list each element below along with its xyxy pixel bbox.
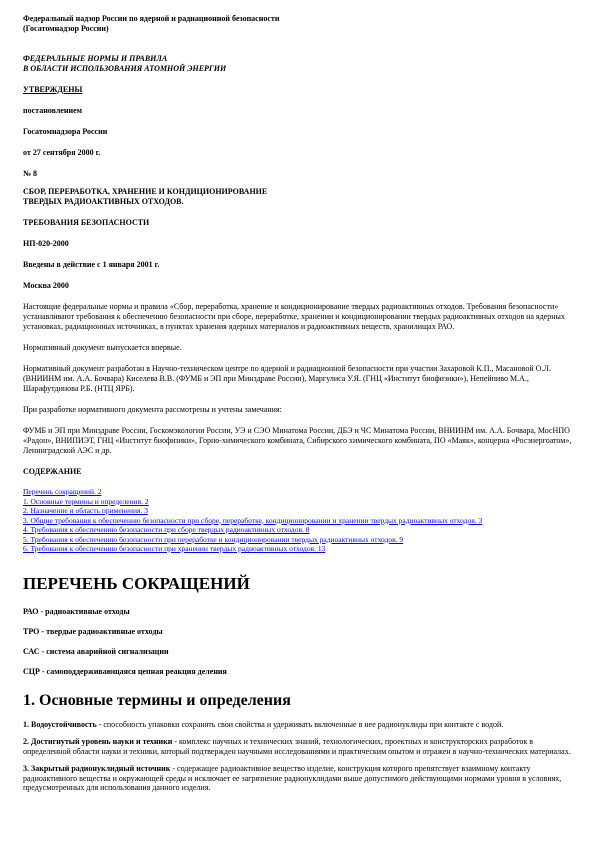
title-line2: ТВЕРДЫХ РАДИОАКТИВНЫХ ОТХОДОВ. (23, 197, 184, 206)
intro-paragraph: Нормативный документ разработан в Научно… (23, 364, 573, 394)
intro-paragraph: Нормативный документ выпускается впервые… (23, 343, 573, 353)
approved-label: УТВЕРЖДЕНЫ (23, 85, 82, 94)
toc-link-section1[interactable]: 1. Основные термины и определения. 2 (23, 497, 573, 507)
intro-paragraph: Настоящие федеральные нормы и правила «С… (23, 302, 573, 332)
issuing-organization: Федеральный надзор России по ядерной и р… (23, 14, 573, 34)
approved-label-line: УТВЕРЖДЕНЫ (23, 85, 573, 95)
document-type: ФЕДЕРАЛЬНЫЕ НОРМЫ И ПРАВИЛА В ОБЛАСТИ ИС… (23, 54, 573, 74)
toc-link-section3[interactable]: 3. Общие требования к обеспечению безопа… (23, 516, 573, 526)
city-year-line: Москва 2000 (23, 281, 573, 291)
org-name-line1: Федеральный надзор России по ядерной и р… (23, 14, 279, 23)
abbreviation-item-rao: РАО - радиоактивные отходы (23, 607, 573, 617)
approved-number-line: № 8 (23, 169, 573, 179)
definition-item: 3. Закрытый радионуклидный источник - со… (23, 764, 573, 793)
title-subline: ТРЕБОВАНИЯ БЕЗОПАСНОСТИ (23, 218, 573, 228)
approved-org-line: Госатомнадзора России (23, 127, 573, 137)
toc-link-section2[interactable]: 2. Назначение и область применения. 3 (23, 506, 573, 516)
definition-term: 2. Достигнутый уровень науки и техники (23, 737, 172, 746)
title-line1: СБОР, ПЕРЕРАБОТКА, ХРАНЕНИЕ И КОНДИЦИОНИ… (23, 187, 267, 196)
abbreviation-item-scr: СЦР - самоподдерживающаяся цепная реакци… (23, 667, 573, 677)
document-title: СБОР, ПЕРЕРАБОТКА, ХРАНЕНИЕ И КОНДИЦИОНИ… (23, 187, 573, 207)
toc-link-abbreviations[interactable]: Перечень сокращений. 2 (23, 487, 573, 497)
toc-link-section5[interactable]: 5. Требования к обеспечению безопасности… (23, 535, 573, 545)
toc-link-section4[interactable]: 4. Требования к обеспечению безопасности… (23, 525, 573, 535)
table-of-contents: Перечень сокращений. 2 1. Основные терми… (23, 487, 573, 554)
toc-link-section6[interactable]: 6. Требования к обеспечению безопасности… (23, 544, 573, 554)
abbreviation-item-tro: ТРО - твердые радиоактивные отходы (23, 627, 573, 637)
definition-text: - способность упаковки сохранять свои св… (97, 720, 504, 729)
effective-date-line: Введены в действие с 1 января 2001 г. (23, 260, 573, 270)
contents-heading: СОДЕРЖАНИЕ (23, 467, 573, 477)
definition-item: 2. Достигнутый уровень науки и техники -… (23, 737, 573, 756)
doc-type-line1: ФЕДЕРАЛЬНЫЕ НОРМЫ И ПРАВИЛА (23, 54, 167, 63)
definition-item: 1. Водоустойчивость - способность упаков… (23, 720, 573, 730)
definition-term: 1. Водоустойчивость (23, 720, 97, 729)
approved-date-line: от 27 сентября 2000 г. (23, 148, 573, 158)
abbreviations-heading: ПЕРЕЧЕНЬ СОКРАЩЕНИЙ (23, 574, 573, 594)
definition-term: 3. Закрытый радионуклидный источник (23, 764, 170, 773)
document-page: Федеральный надзор России по ядерной и р… (0, 0, 595, 842)
doc-code: НП-020-2000 (23, 239, 573, 249)
section1-heading: 1. Основные термины и определения (23, 691, 573, 710)
intro-paragraph: При разработке нормативного документа ра… (23, 405, 573, 415)
abbreviation-item-sas: САС - система аварийной сигнализации (23, 647, 573, 657)
org-name-line2: (Госатомнадзор России) (23, 24, 109, 33)
intro-paragraph: ФУМБ и ЭП при Минздраве России, Госкомэк… (23, 426, 573, 456)
approved-by-line: постановлением (23, 106, 573, 116)
doc-type-line2: В ОБЛАСТИ ИСПОЛЬЗОВАНИЯ АТОМНОЙ ЭНЕРГИИ (23, 64, 226, 73)
